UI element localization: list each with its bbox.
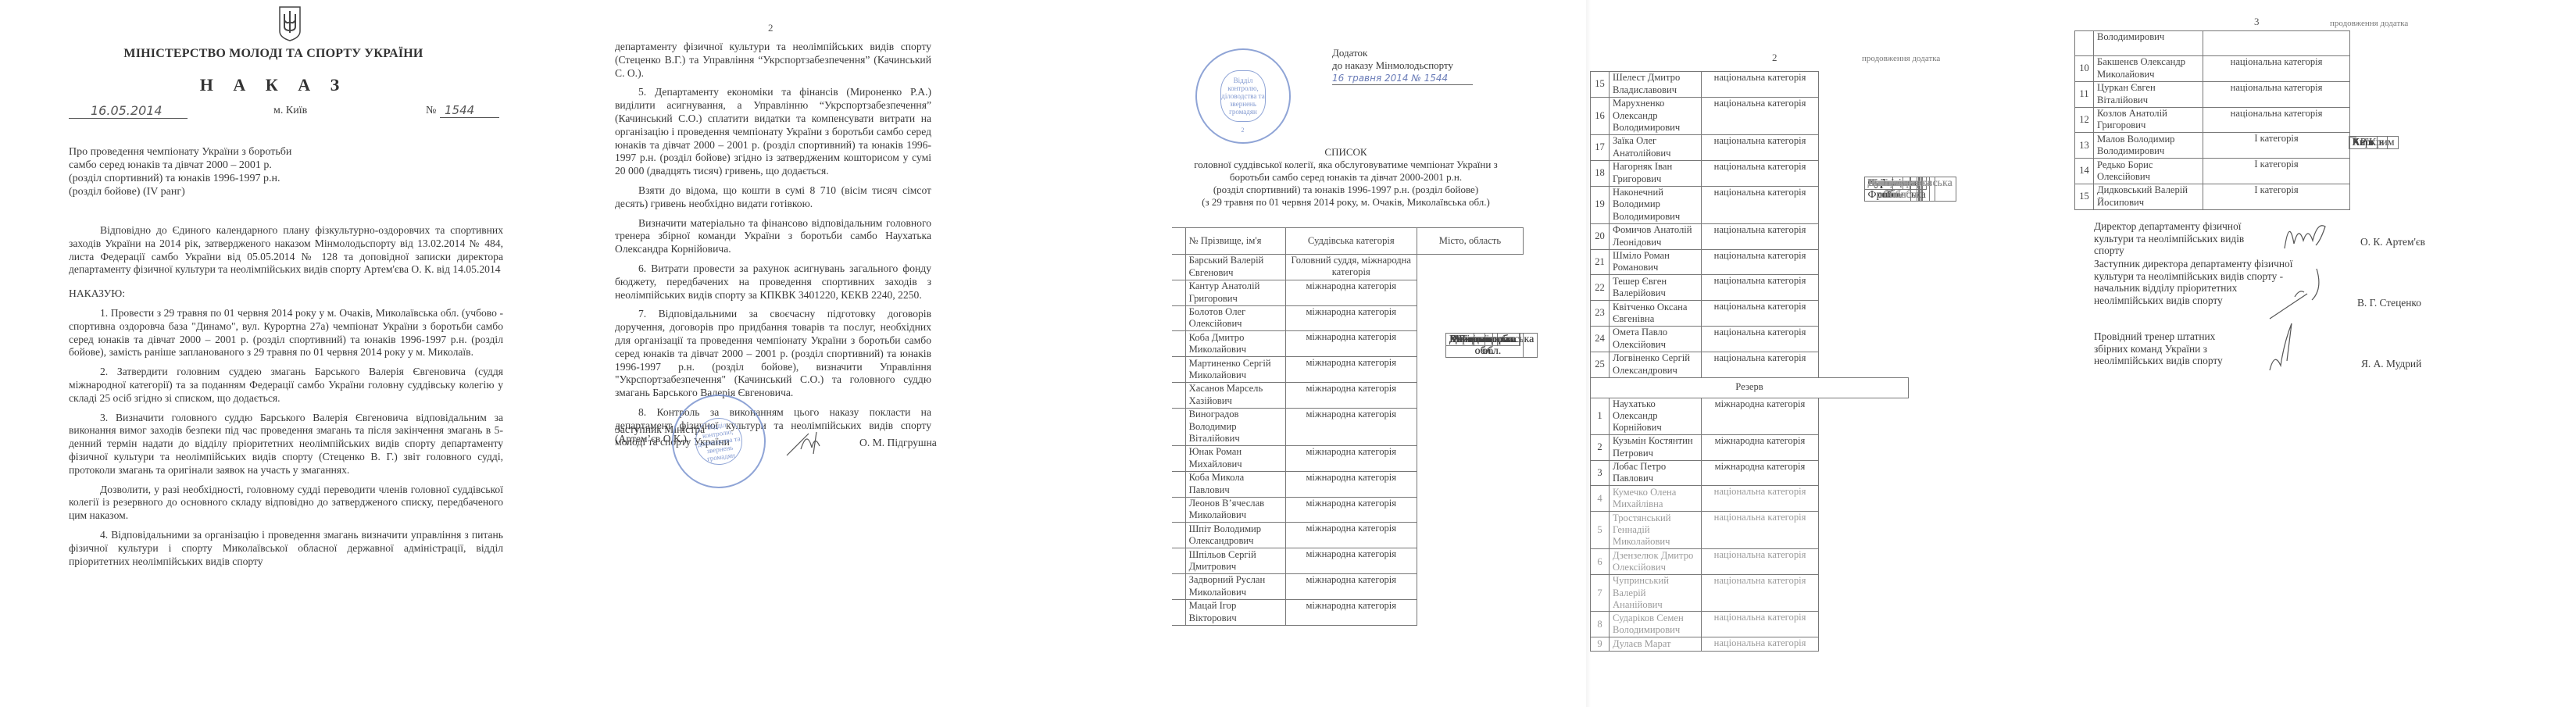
cell-n: 3 <box>1591 460 1610 486</box>
cell-n: 15 <box>1591 72 1610 98</box>
cell-n: 21 <box>1591 249 1610 275</box>
order-page-2: 2 департаменту фізичної культури та неол… <box>594 0 1156 707</box>
table-row: 8Сударіков Семен Володимировичнаціональн… <box>1591 612 1909 637</box>
table-row: 23Квітченко Оксана Євгенівнанаціональна … <box>1591 301 1909 327</box>
cell-name: Марухненко Олександр Володимирович <box>1610 97 1702 134</box>
cell-cat <box>2203 31 2350 56</box>
col-header <box>1172 228 1185 255</box>
cell-n: 3 <box>1172 305 1185 331</box>
table-row: 12Шпільов Сергій Дмитровичміжнародна кат… <box>1172 548 1524 574</box>
cell-n: 16 <box>1591 97 1610 134</box>
table-row: 6Дзензелюк Дмитро Олексійовичнаціональна… <box>1591 549 1909 575</box>
cell-name: Кузьмін Костянтин Петрович <box>1610 434 1702 460</box>
table-row: 3Лобас Петро Павловичміжнародна категорі… <box>1591 460 1909 486</box>
continuation-label: продовження додатка <box>2330 19 2408 28</box>
order-item: 1. Провести з 29 травня по 01 червня 201… <box>69 307 503 359</box>
cell-n: 12 <box>1172 548 1185 574</box>
ministry-heading: МІНІСТЕРСТВО МОЛОДІ ТА СПОРТУ УКРАЇНИ <box>0 47 547 61</box>
table-row: 14Редько Борис ОлексійовичI категоріяКиї… <box>2075 159 2415 184</box>
col-header-name: № Прізвище, ім'я <box>1185 228 1285 255</box>
document-type-heading: Н А К А З <box>0 75 547 95</box>
cell-category: національна категорія <box>1702 549 1819 575</box>
cell-category: міжнародна категорія <box>1285 497 1417 523</box>
cell-nm: Володимирович <box>2094 31 2203 56</box>
order-item: 2. Затвердити головним суддею змагань Ба… <box>69 366 503 405</box>
cell-n: 8 <box>1172 445 1185 471</box>
cell-n: 13 <box>2075 133 2094 159</box>
order-item: Дозволити, у разі необхідності, головном… <box>69 484 503 523</box>
order-date: 16.05.2014 <box>69 103 188 119</box>
cell-category: національна категорія <box>2203 81 2350 107</box>
cell-category: національна категорія <box>1702 301 1819 327</box>
cell-name: Болотов Олег Олексійович <box>1185 305 1285 331</box>
table-row: 15Дидковський Валерій ЙосиповичI категор… <box>2075 184 2415 209</box>
cell-name: Задворний Руслан Миколайович <box>1185 573 1285 599</box>
stamp-number: 2 <box>1197 127 1289 134</box>
cell-n: 15 <box>2075 184 2094 209</box>
cell-name: Юнак Роман Михайлович <box>1185 445 1285 471</box>
cell-category: міжнародна категорія <box>1285 599 1417 625</box>
cell-name: Наухатько Олександр Корнійович <box>1610 398 1702 434</box>
cell-category: національна категорія <box>1702 352 1819 377</box>
table-row: 25Логвіненко Сергій Олександровичнаціона… <box>1591 352 1909 377</box>
cell-category: національна категорія <box>1702 160 1819 186</box>
cell-name: Шпільов Сергій Дмитрович <box>1185 548 1285 574</box>
cell-category: міжнародна категорія <box>1285 471 1417 497</box>
signatory-title: Провідний тренер штатних збірних команд … <box>2094 330 2250 367</box>
cell-n: 18 <box>1591 160 1610 186</box>
table-row: 1Наухатько Олександр Корнійовичміжнародн… <box>1591 398 1909 434</box>
cell-n: 6 <box>1172 382 1185 408</box>
stamp-center-text: Відділ контролю, діловодства та звернень… <box>1220 70 1266 122</box>
cell-category: Головний суддя, міжнародна категорія <box>1285 255 1417 280</box>
table-row: 16Марухненко Олександр Володимировичнаці… <box>1591 97 1909 134</box>
order-item: 4. Відповідальними за організацію і пров… <box>69 529 503 568</box>
table-row: 9Дулаєв Маратнаціональна категоріяДніпро… <box>1591 637 1909 651</box>
cell-n: 25 <box>1591 352 1610 377</box>
table-row: 12Козлов Анатолій Григоровичнаціональна … <box>2075 107 2415 133</box>
table-row: 20Фомичов Анатолій Леонідовичнаціональна… <box>1591 223 1909 249</box>
order-paragraph: департаменту фізичної культури та неолім… <box>615 41 931 80</box>
cell-category: міжнародна категорія <box>1285 573 1417 599</box>
cell-category: національна категорія <box>1702 275 1819 301</box>
cell-category: міжнародна категорія <box>1702 398 1819 434</box>
cell-category: національна категорія <box>1702 134 1819 160</box>
list-title: СПИСОК <box>1172 146 1520 159</box>
cell-category: міжнародна категорія <box>1285 445 1417 471</box>
cell-n: 7 <box>1591 575 1610 612</box>
cell-category: міжнародна категорія <box>1285 357 1417 383</box>
cell-n: 7 <box>1172 408 1185 445</box>
table-row: 2Кантур Анатолій Григоровичміжнародна ка… <box>1172 280 1524 305</box>
stamp-center-text: Відділ контролю, діловодства та звернень… <box>692 415 745 468</box>
cell-category: міжнародна категорія <box>1285 331 1417 357</box>
signature-icon <box>2268 320 2307 375</box>
cell-n: 17 <box>1591 134 1610 160</box>
cell-n: 9 <box>1172 471 1185 497</box>
signatory-title: Директор департаменту фізичної культури … <box>2094 220 2266 257</box>
cell-name: Леонов В’ячеслав Миколайович <box>1185 497 1285 523</box>
cell-category: I категорія <box>2203 184 2350 209</box>
cell-category: міжнародна категорія <box>1285 280 1417 305</box>
list-title-block: СПИСОК головної суддівської колегії, яка… <box>1172 146 1520 209</box>
page-number: 2 <box>1772 52 1777 64</box>
table-row: 10Бакшенєв Олександр Миколайовичнаціонал… <box>2075 56 2415 82</box>
cell-n: 20 <box>1591 223 1610 249</box>
cell-name: Козлов Анатолій Григорович <box>2094 107 2203 133</box>
table-row: 24Омета Павло Олексійовичнаціональна кат… <box>1591 326 1909 352</box>
table-row: 1Барський Валерій ЄвгеновичГоловний судд… <box>1172 255 1524 280</box>
cell-n: 19 <box>1591 186 1610 223</box>
cell-n: 4 <box>1172 331 1185 357</box>
cell-n: 9 <box>1591 637 1610 651</box>
cell-n: 1 <box>1172 255 1185 280</box>
cell-n: 22 <box>1591 275 1610 301</box>
table-row: 2Кузьмін Костянтин Петровичміжнародна ка… <box>1591 434 1909 460</box>
cell-category: міжнародна категорія <box>1285 548 1417 574</box>
appendix-label: Додаток <box>1332 47 1473 59</box>
cell-city: Дніпропетровська обл. <box>1864 177 1956 202</box>
appendix-page-3: 3 продовження додатка Володимирович10Бак… <box>2074 0 2576 707</box>
cell-category: національна категорія <box>1702 72 1819 98</box>
cell-n: 5 <box>1591 512 1610 549</box>
signer-name: О. М. Підгрушна <box>859 437 937 449</box>
cell-name: Логвіненко Сергій Олександрович <box>1610 352 1702 377</box>
cell-category: I категорія <box>2203 159 2350 184</box>
cell-city: Київ <box>2349 136 2378 149</box>
order-page-1: МІНІСТЕРСТВО МОЛОДІ ТА СПОРТУ УКРАЇНИ Н … <box>0 0 547 707</box>
cell-name: Квітченко Оксана Євгенівна <box>1610 301 1702 327</box>
cell-name: Хасанов Марсель Хазійович <box>1185 382 1285 408</box>
cell-name: Редько Борис Олексійович <box>2094 159 2203 184</box>
order-body-continued: департаменту фізичної культури та неолім… <box>615 41 931 452</box>
table-row: 6Хасанов Марсель Хазійовичміжнародна кат… <box>1172 382 1524 408</box>
signatory-name: В. Г. Стеценко <box>2357 297 2421 309</box>
table-row: 5Мартиненко Сергій Миколайовичміжнародна… <box>1172 357 1524 383</box>
cell-n: 2 <box>1172 280 1185 305</box>
judges-table-part-3: Володимирович10Бакшенєв Олександр Микола… <box>2074 30 2415 210</box>
cell-name: Фомичов Анатолій Леонідович <box>1610 223 1702 249</box>
cell-name: Мацай Ігор Вікторович <box>1185 599 1285 625</box>
judges-table-part-1: № Прізвище, ім'я Суддівська категорія Мі… <box>1172 227 1524 626</box>
cell-category: I категорія <box>2203 133 2350 159</box>
table-header-row: № Прізвище, ім'я Суддівська категорія Мі… <box>1172 228 1524 255</box>
table-row: 5Тростянський Геннадій Миколайовичнаціон… <box>1591 512 1909 549</box>
table-row: 13Задворний Руслан Миколайовичміжнародна… <box>1172 573 1524 599</box>
table-row: 19Наконечний Володимир Володимировичнаці… <box>1591 186 1909 223</box>
table-row: 18Нагорняк Іван Григоровичнаціональна ка… <box>1591 160 1909 186</box>
cell-n: 24 <box>1591 326 1610 352</box>
reserve-section-row: Резерв <box>1591 377 1909 398</box>
cell-n: 5 <box>1172 357 1185 383</box>
cell-category: національна категорія <box>1702 326 1819 352</box>
signatory-name: Я. А. Мудрий <box>2361 358 2421 370</box>
signature-icon <box>785 426 832 457</box>
cell-category: національна категорія <box>2203 107 2350 133</box>
cell-name: Бакшенєв Олександр Миколайович <box>2094 56 2203 82</box>
table-row: 15Шелест Дмитро Владиславовичнаціональна… <box>1591 72 1909 98</box>
cell-category: міжнародна категорія <box>1702 460 1819 486</box>
col-header-city: Місто, область <box>1417 228 1523 255</box>
order-paragraph: 5. Департаменту економіки та фінансів (М… <box>615 86 931 178</box>
cell-category: національна категорія <box>1702 637 1819 651</box>
order-city: м. Київ <box>273 105 307 117</box>
table-row: 9Коба Микола Павловичміжнародна категорі… <box>1172 471 1524 497</box>
cell-category: національна категорія <box>1702 186 1819 223</box>
cell-name: Кумечко Олена Михайлівна <box>1610 486 1702 512</box>
cell-category: міжнародна категорія <box>1702 434 1819 460</box>
judges-table-part-2: 15Шелест Дмитро Владиславовичнаціональна… <box>1590 71 1909 652</box>
page-number: 3 <box>2254 16 2260 28</box>
order-item: 3. Визначити головного суддю Барського В… <box>69 412 503 477</box>
order-paragraph: 6. Витрати провести за рахунок асигнуван… <box>615 262 931 302</box>
table-row: 3Болотов Олег Олексійовичміжнародна кате… <box>1172 305 1524 331</box>
cell-category: національна категорія <box>2203 56 2350 82</box>
order-paragraph: Визначити матеріально та фінансово відпо… <box>615 217 931 256</box>
continuation-label: продовження додатка <box>1862 54 1940 63</box>
table-row: 7Чупринський Валерій Ананійовичнаціональ… <box>1591 575 1909 612</box>
cell-city: Донецьк <box>1445 333 1493 346</box>
appendix-page-2: 2 продовження додатка 15Шелест Дмитро Вл… <box>1586 0 2070 707</box>
table-row: 4Кумечко Олена Михайлівнанаціональна кат… <box>1591 486 1909 512</box>
table-row: 8Юнак Роман Михайловичміжнародна категор… <box>1172 445 1524 471</box>
cell-category: міжнародна категорія <box>1285 523 1417 548</box>
cell-n: 1 <box>1591 398 1610 434</box>
cell-category: національна категорія <box>1702 97 1819 134</box>
cell-category: міжнародна категорія <box>1285 305 1417 331</box>
table-row: 7Виноградов Володимир Віталійовичміжнаро… <box>1172 408 1524 445</box>
cell-name: Тешер Євген Валерійович <box>1610 275 1702 301</box>
appendix-page-1: Відділ контролю, діловодства та звернень… <box>1172 0 1610 707</box>
cell-name: Шелест Дмитро Владиславович <box>1610 72 1702 98</box>
cell-name: Виноградов Володимир Віталійович <box>1185 408 1285 445</box>
order-paragraph: 7. Відповідальними за своєчасну підготов… <box>615 308 931 400</box>
cell-name: Лобас Петро Павлович <box>1610 460 1702 486</box>
order-body: Відповідно до Єдиного календарного плану… <box>69 224 503 574</box>
table-row: 11Шпіт Володимир Олександровичміжнародна… <box>1172 523 1524 548</box>
cell-name: Дзензелюк Дмитро Олексійович <box>1610 549 1702 575</box>
preamble: Відповідно до Єдиного календарного плану… <box>69 224 503 277</box>
cell-n: 8 <box>1591 612 1610 637</box>
cell-category: національна категорія <box>1702 223 1819 249</box>
cell-name: Барський Валерій Євгенович <box>1185 255 1285 280</box>
list-subtitle: головної суддівської колегії, яка обслуг… <box>1172 159 1520 171</box>
cell-n: 6 <box>1591 549 1610 575</box>
cell-name: Шпіт Володимир Олександрович <box>1185 523 1285 548</box>
order-number: 1544 <box>440 103 499 118</box>
cell-name: Наконечний Володимир Володимирович <box>1610 186 1702 223</box>
signatory-title: Заступник директора департаменту фізично… <box>2094 258 2293 306</box>
order-subject: Про проведення чемпіонату України з боро… <box>69 145 303 198</box>
cell-name: Сударіков Семен Володимирович <box>1610 612 1702 637</box>
cell-n: 11 <box>2075 81 2094 107</box>
table-row: 17Заїка Олег Анатолійовичнаціональна кат… <box>1591 134 1909 160</box>
cell-name: Коба Микола Павлович <box>1185 471 1285 497</box>
cell-category: міжнародна категорія <box>1285 382 1417 408</box>
cell-category: національна категорія <box>1702 612 1819 637</box>
cell-n: 4 <box>1591 486 1610 512</box>
list-subtitle: боротьби самбо серед юнаків та дівчат 20… <box>1172 171 1520 184</box>
table-row: 21Шміло Роман Романовичнаціональна катег… <box>1591 249 1909 275</box>
list-subtitle: (з 29 травня по 01 червня 2014 року, м. … <box>1172 196 1520 209</box>
official-stamp-icon: Відділ контролю, діловодства та звернень… <box>1195 48 1291 144</box>
order-word: НАКАЗУЮ: <box>69 287 503 301</box>
signatory-name: О. К. Артем'єв <box>2360 236 2425 248</box>
cell-n: 12 <box>2075 107 2094 133</box>
page-number: 2 <box>768 22 774 34</box>
signature-icon <box>2268 266 2338 320</box>
appendix-order-ref: до наказу Мінмолодьспорту <box>1332 59 1473 72</box>
order-number-label: № <box>426 105 436 117</box>
cell-name: Шміло Роман Романович <box>1610 249 1702 275</box>
cell-n: 11 <box>1172 523 1185 548</box>
cell-n: 23 <box>1591 301 1610 327</box>
cell-n <box>2075 31 2094 56</box>
cell-n: 2 <box>1591 434 1610 460</box>
order-paragraph: Взяти до відома, що кошти в сумі 8 710 (… <box>615 184 931 211</box>
cell-name: Кантур Анатолій Григорович <box>1185 280 1285 305</box>
cell-n: 10 <box>2075 56 2094 82</box>
table-row: 11Цуркан Євген Віталійовичнаціональна ка… <box>2075 81 2415 107</box>
cell-n: 14 <box>2075 159 2094 184</box>
list-subtitle: (розділ спортивний) та юнаків 1996-1997 … <box>1172 184 1520 196</box>
cell-name: Омета Павло Олексійович <box>1610 326 1702 352</box>
cell-name: Дидковський Валерій Йосипович <box>2094 184 2203 209</box>
col-header-category: Суддівська категорія <box>1285 228 1417 255</box>
cell-name: Мартиненко Сергій Миколайович <box>1185 357 1285 383</box>
appendix-reference: Додаток до наказу Мінмолодьспорту 16 тра… <box>1332 47 1473 85</box>
cell-name: Малов Володимир Володимирович <box>2094 133 2203 159</box>
reserve-label: Резерв <box>1591 377 1909 398</box>
cell-category: національна категорія <box>1702 249 1819 275</box>
cell-category: національна категорія <box>1702 486 1819 512</box>
cell-name: Чупринський Валерій Ананійович <box>1610 575 1702 612</box>
ukraine-trident-icon <box>277 5 302 42</box>
appendix-handwritten-date: 16 травня 2014 № 1544 <box>1332 72 1473 85</box>
cell-name: Тростянський Геннадій Миколайович <box>1610 512 1702 549</box>
cell-n: 14 <box>1172 599 1185 625</box>
cell-name: Цуркан Євген Віталійович <box>2094 81 2203 107</box>
table-row: 10Леонов В’ячеслав Миколайовичміжнародна… <box>1172 497 1524 523</box>
cell-category: національна категорія <box>1702 575 1819 612</box>
cell-name: Заїка Олег Анатолійович <box>1610 134 1702 160</box>
table-row: 22Тешер Євген Валерійовичнаціональна кат… <box>1591 275 1909 301</box>
cell-category: міжнародна категорія <box>1285 408 1417 445</box>
cell-name: Коба Дмитро Миколайович <box>1185 331 1285 357</box>
cell-name: Дулаєв Марат <box>1610 637 1702 651</box>
table-row: 14Мацай Ігор Вікторовичміжнародна катего… <box>1172 599 1524 625</box>
signature-icon <box>2281 217 2344 256</box>
cell-category: національна категорія <box>1702 512 1819 549</box>
cell-n: 13 <box>1172 573 1185 599</box>
cell-n: 10 <box>1172 497 1185 523</box>
cell-name: Нагорняк Іван Григорович <box>1610 160 1702 186</box>
table-row-continuation: Володимирович <box>2075 31 2415 56</box>
